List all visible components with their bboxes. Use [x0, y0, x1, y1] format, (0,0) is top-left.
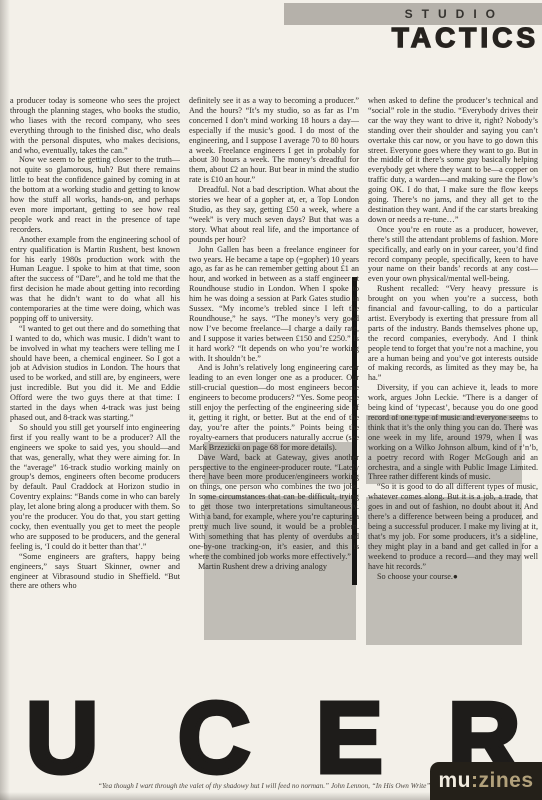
paragraph: Martin Rushent drew a driving analogy [189, 562, 359, 572]
paragraph: Now we seem to be getting closer to the … [10, 155, 180, 234]
text-column-2: definitely see it as a way to becoming a… [189, 96, 359, 702]
section-kicker-label: STUDIO [405, 7, 504, 21]
giant-letter-e: E [316, 692, 383, 784]
paragraph: So choose your course.● [368, 572, 538, 582]
paragraph: Once you’re en route as a producer, howe… [368, 225, 538, 284]
footer-quote: “Yea though I wart through the valet of … [95, 782, 453, 790]
text-column-1: a producer today is someone who sees the… [10, 96, 180, 702]
paragraph: Rushent recalled: “Very heavy pressure i… [368, 284, 538, 383]
paragraph: “Some engineers are grafters, happy bein… [10, 552, 180, 592]
paragraph: Diversity, if you can achieve it, leads … [368, 383, 538, 482]
muzines-logo-suffix: zines [478, 769, 533, 793]
muzines-logo[interactable]: mu : zines [430, 762, 542, 800]
paragraph: Dreadful. Not a bad description. What ab… [189, 185, 359, 244]
text-column-3: when asked to define the producer’s tech… [368, 96, 538, 702]
magazine-page: STUDIO TACTICS a producer today is someo… [0, 0, 542, 800]
page-header: STUDIO TACTICS [284, 3, 542, 51]
paragraph: when asked to define the producer’s tech… [368, 96, 538, 225]
paragraph: John Gallen has been a freelance enginee… [189, 245, 359, 364]
paragraph: Another example from the engineering sch… [10, 235, 180, 324]
paragraph: a producer today is someone who sees the… [10, 96, 180, 155]
muzines-logo-colon: : [471, 769, 479, 793]
paragraph: So should you still get yourself into en… [10, 423, 180, 552]
paragraph: “I wanted to get out there and do someth… [10, 324, 180, 423]
giant-letter-u: U [26, 692, 98, 784]
article-series-title: TACTICS [284, 25, 542, 51]
paragraph: definitely see it as a way to becoming a… [189, 96, 359, 185]
muzines-logo-prefix: mu [438, 769, 471, 793]
scan-edge-shadow-left [0, 0, 10, 800]
paragraph: Dave Ward, back at Gateway, gives anothe… [189, 453, 359, 562]
paragraph: “So it is good to do all different types… [368, 482, 538, 571]
giant-letter-c: C [178, 692, 250, 784]
paragraph: And is John’s relatively long engineerin… [189, 363, 359, 452]
article-body: a producer today is someone who sees the… [10, 96, 538, 702]
